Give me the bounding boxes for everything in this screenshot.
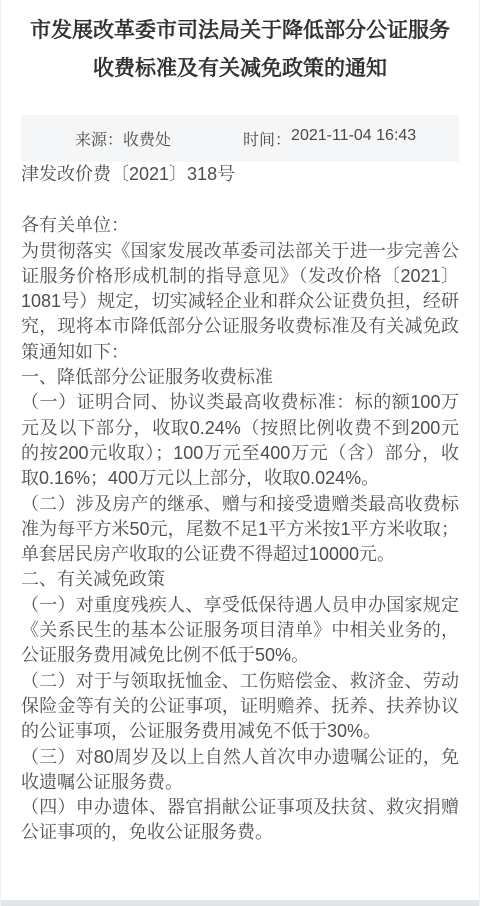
intro-paragraph: 为贯彻落实《国家发展改革委司法部关于进一步完善公证服务价格形成机制的指导意见》（… [21,239,459,365]
meta-source: 来源： 收费处 [75,127,171,150]
meta-time-value: 2021-11-04 16:43 [291,127,416,150]
notice-page: 市发展改革委市司法局关于降低部分公证服务 收费标准及有关减免政策的通知 来源： … [0,0,480,906]
section-1-item-2: （二）涉及房产的继承、赠与和接受遗赠类最高收费标准为每平方米50元，尾数不足1平… [21,492,459,568]
page-title-line-2: 收费标准及有关减免政策的通知 [23,50,457,88]
meta-bar: 来源： 收费处 时间： 2021-11-04 16:43 [21,115,459,162]
section-2-heading: 二、有关减免政策 [21,567,459,592]
meta-time: 时间： 2021-11-04 16:43 [243,127,416,150]
notice-body: 津发改价费〔2021〕318号 各有关单位： 为贯彻落实《国家发展改革委司法部关… [21,162,459,846]
document-number: 津发改价费〔2021〕318号 [21,162,459,187]
salutation: 各有关单位： [21,213,459,238]
section-1-item-1: （一）证明合同、协议类最高收费标准：标的额100万元及以下部分，收取0.24%（… [21,390,459,491]
page-title-line-1: 市发展改革委市司法局关于降低部分公证服务 [23,12,457,50]
meta-source-value: 收费处 [123,127,171,150]
section-2-item-1: （一）对重度残疾人、享受低保待遇人员申办国家规定《关系民生的基本公证服务项目清单… [21,593,459,669]
section-1-heading: 一、降低部分公证服务收费标准 [21,365,459,390]
page-title: 市发展改革委市司法局关于降低部分公证服务 收费标准及有关减免政策的通知 [23,12,457,88]
section-2-item-2: （二）对于与领取抚恤金、工伤赔偿金、救济金、劳动保险金等有关的公证事项，证明赡养… [21,669,459,745]
section-2-item-4: （四）申办遗体、器官捐献公证事项及扶贫、救灾捐赠公证事项的，免收公证服务费。 [21,795,459,846]
section-2-item-3: （三）对80周岁及以上自然人首次申办遗嘱公证的，免收遗嘱公证服务费。 [21,745,459,796]
page-bottom-divider [1,900,479,906]
meta-time-label: 时间： [243,127,291,150]
meta-source-label: 来源： [75,127,123,150]
